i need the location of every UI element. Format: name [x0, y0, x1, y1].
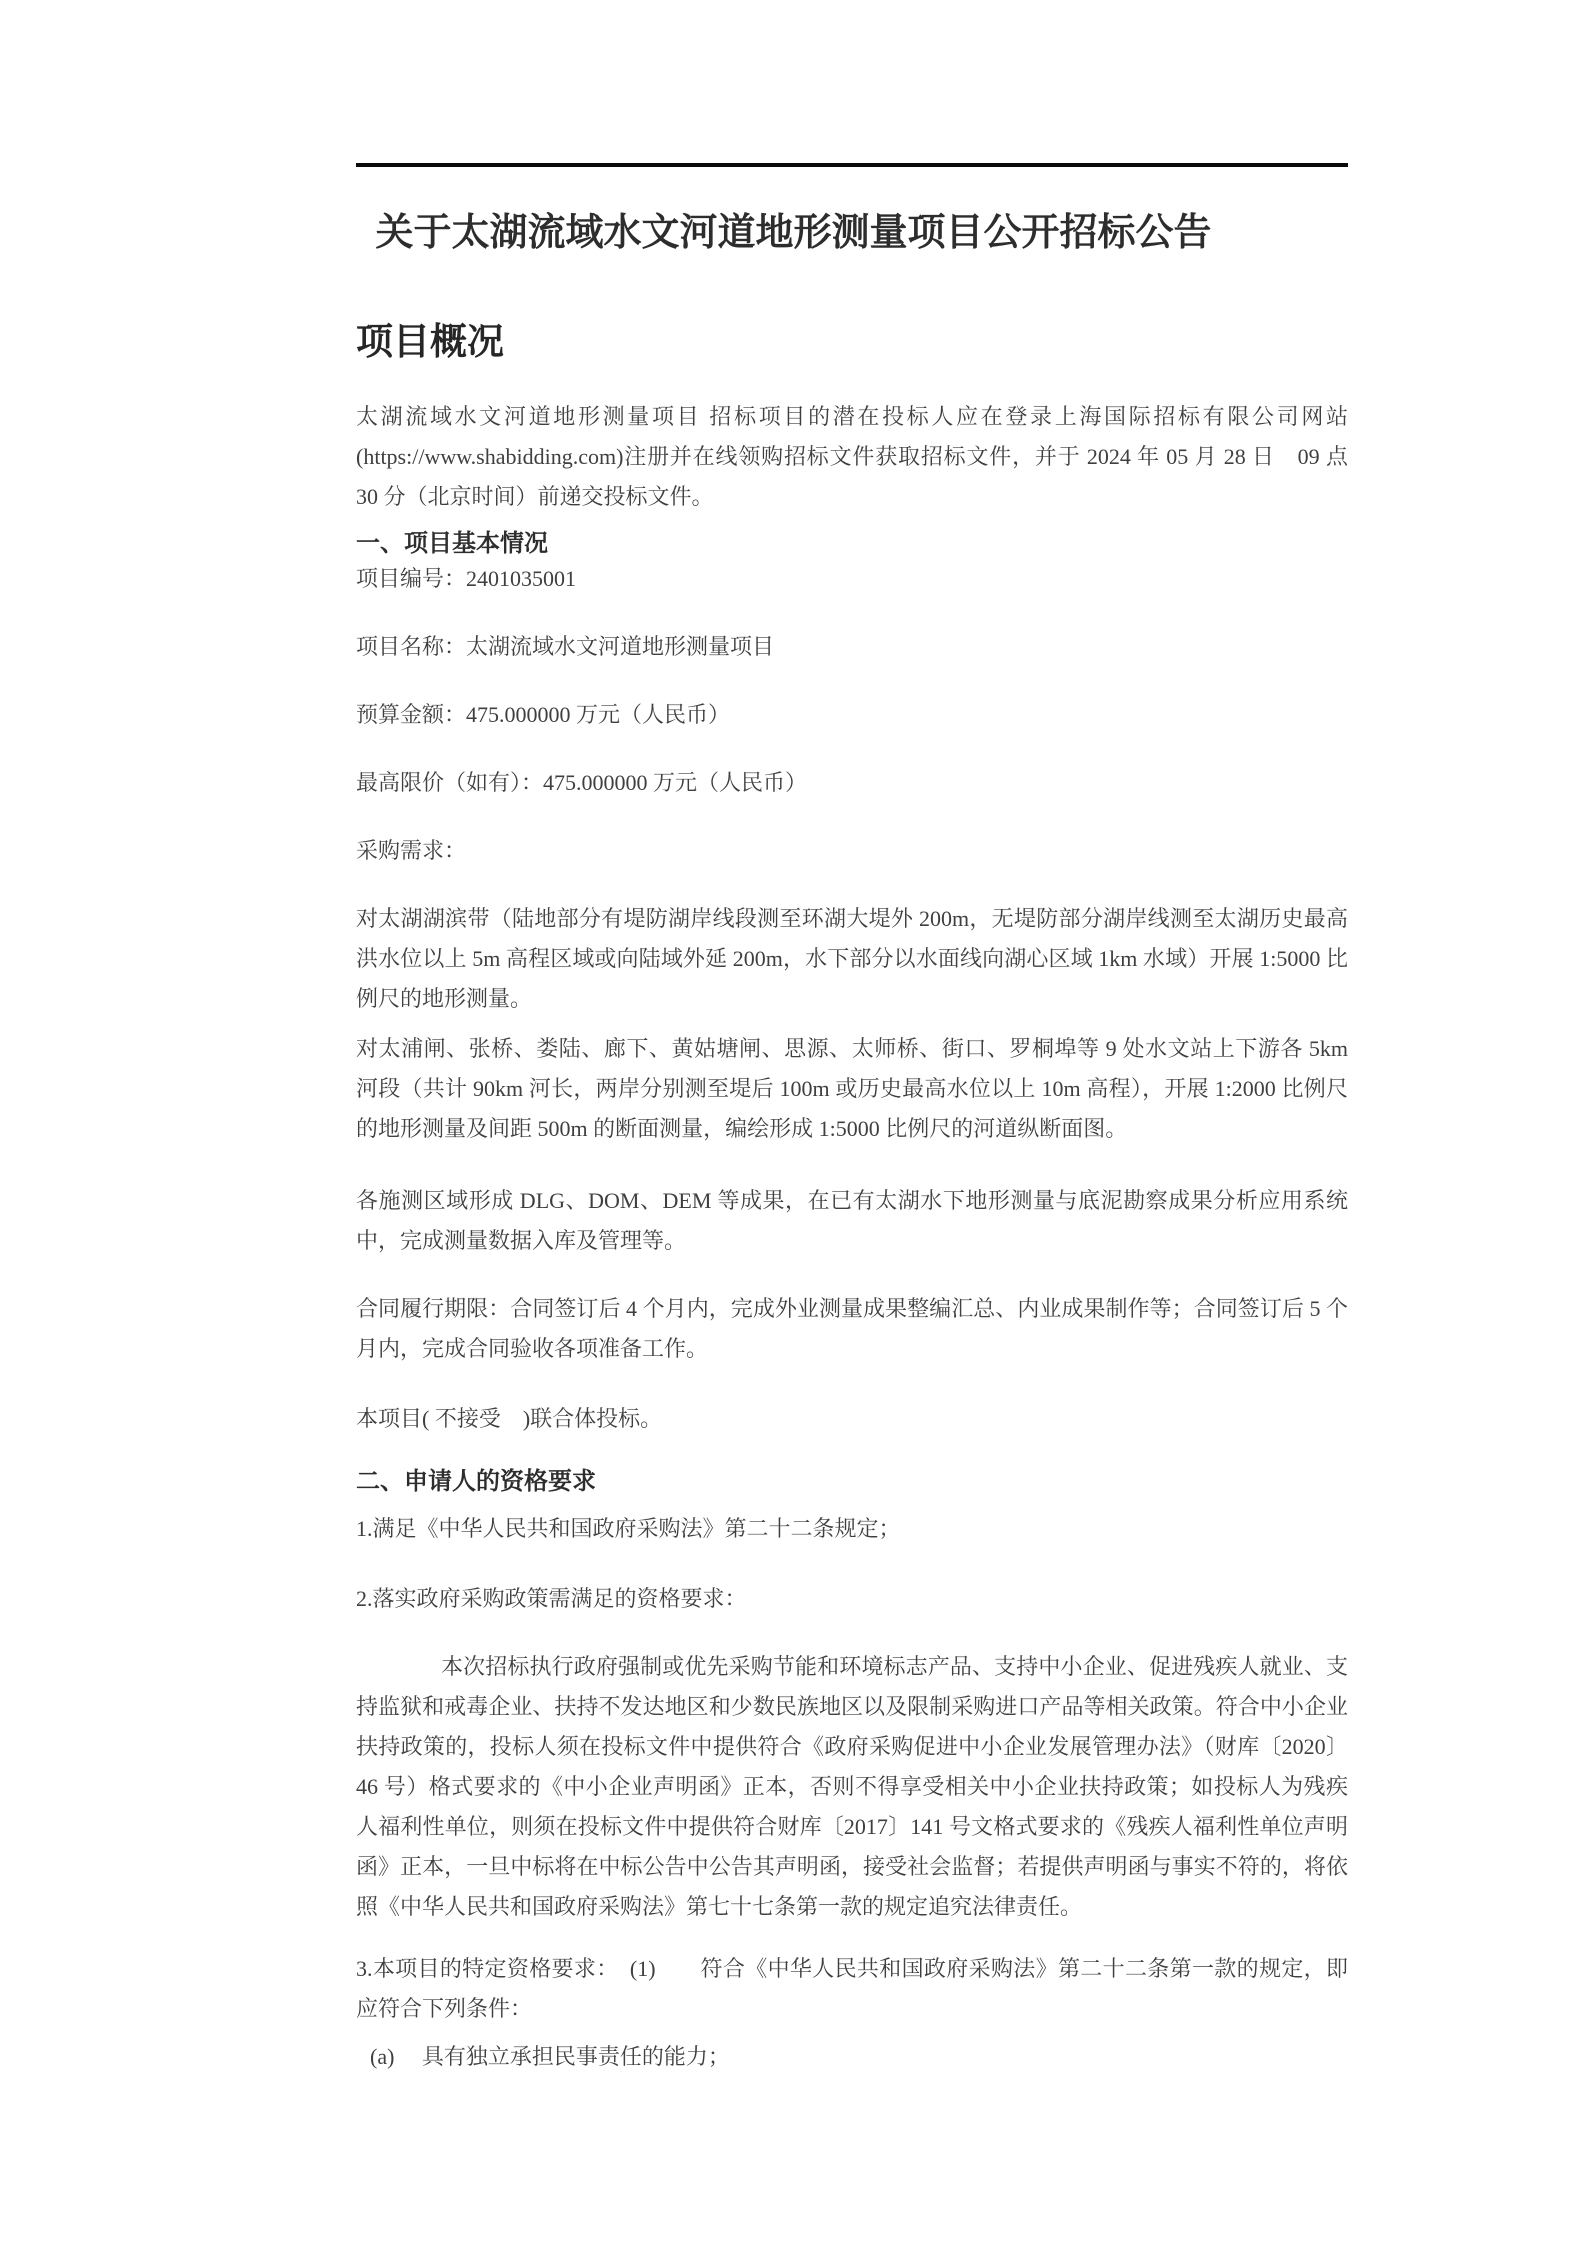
requirement-2: 2.落实政府采购政策需满足的资格要求：: [356, 1579, 1348, 1619]
section-basic-heading: 一、项目基本情况: [356, 529, 1348, 559]
paragraph-contract-period: 合同履行期限：合同签订后 4 个月内，完成外业测量成果整编汇总、内业成果制作等；…: [356, 1289, 1348, 1369]
field-project-number: 项目编号：2401035001: [356, 559, 1348, 599]
field-project-name: 项目名称：太湖流域水文河道地形测量项目: [356, 627, 1348, 667]
paragraph-lakeside-survey: 对太湖湖滨带（陆地部分有堤防湖岸线段测至环湖大堤外 200m，无堤防部分湖岸线测…: [356, 899, 1348, 1019]
paragraph-results: 各施测区域形成 DLG、DOM、DEM 等成果，在已有太湖水下地形测量与底泥勘察…: [356, 1181, 1348, 1261]
section-qualification-heading: 二、申请人的资格要求: [356, 1467, 1348, 1497]
top-rule: [356, 163, 1348, 167]
paragraph-stations-survey: 对太浦闸、张桥、娄陆、廊下、黄姑塘闸、思源、太师桥、街口、罗桐埠等 9 处水文站…: [356, 1029, 1348, 1149]
intro-paragraph: 太湖流域水文河道地形测量项目 招标项目的潜在投标人应在登录上海国际招标有限公司网…: [356, 397, 1348, 517]
requirement-1: 1.满足《中华人民共和国政府采购法》第二十二条规定；: [356, 1509, 1348, 1549]
field-max-price: 最高限价（如有）：475.000000 万元（人民币）: [356, 763, 1348, 803]
field-budget: 预算金额：475.000000 万元（人民币）: [356, 695, 1348, 735]
requirement-3a: (a) 具有独立承担民事责任的能力；: [356, 2037, 1348, 2077]
requirement-2-detail: 本次招标执行政府强制或优先采购节能和环境标志产品、支持中小企业、促进残疾人就业、…: [356, 1647, 1348, 1927]
overview-heading: 项目概况: [356, 319, 1348, 365]
field-procurement-label: 采购需求：: [356, 831, 1348, 871]
paragraph-consortium: 本项目( 不接受 )联合体投标。: [356, 1399, 1348, 1439]
requirement-3: 3.本项目的特定资格要求： (1) 符合《中华人民共和国政府采购法》第二十二条第…: [356, 1949, 1348, 2029]
document-body: 项目概况 太湖流域水文河道地形测量项目 招标项目的潜在投标人应在登录上海国际招标…: [356, 319, 1348, 2077]
page-title: 关于太湖流域水文河道地形测量项目公开招标公告: [0, 209, 1587, 257]
